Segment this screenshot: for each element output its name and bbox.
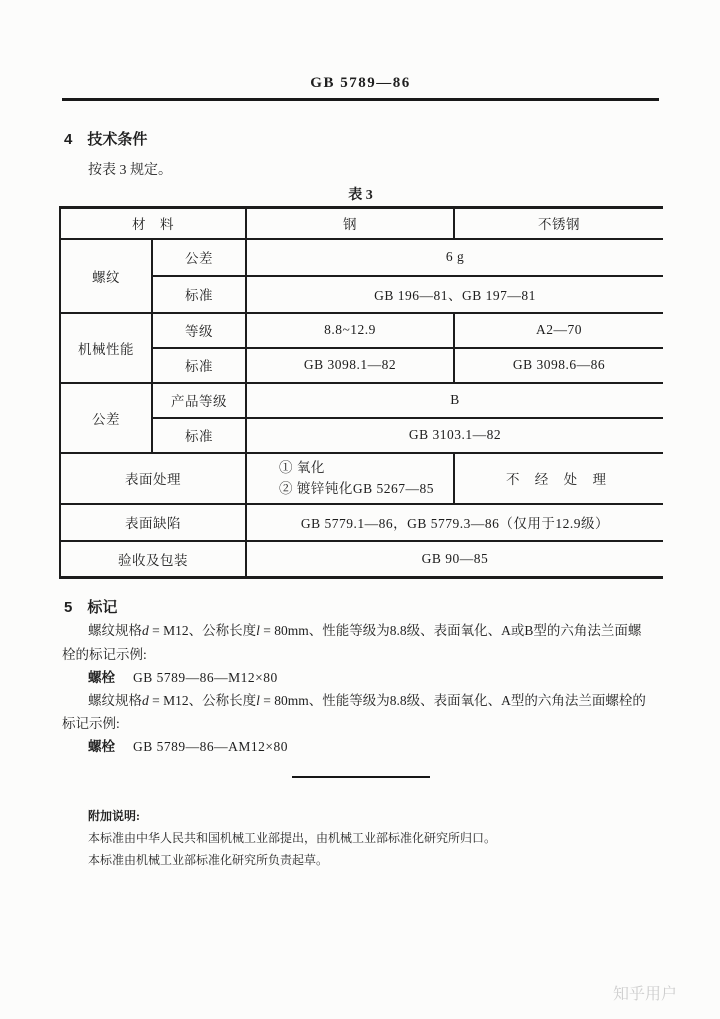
appendix-heading: 附加说明: [88,807,140,824]
example1-designation: 螺栓GB 5789—86—M12×80 [88,669,278,686]
example1-designation-label: 螺栓 [88,670,115,685]
mechanical-grade-steel: 8.8~12.9 [246,313,454,348]
surface-defects-value: GB 5779.1—86，GB 5779.3—86（仅用于12.9级） [246,504,663,541]
example1-line2: 栓的标记示例: [62,646,147,663]
product-grade-label: 产品等级 [152,383,246,418]
mechanical-label: 机械性能 [60,313,152,383]
acceptance-label: 验收及包装 [60,541,246,578]
table-row: 材 料 钢 不锈钢 [60,208,663,239]
table3-caption: 表 3 [62,184,659,204]
mechanical-standard-steel: GB 3098.1—82 [246,348,454,383]
example1-d-symbol: d [142,623,149,638]
example2-line1: 螺纹规格d = M12、公称长度l = 80mm、性能等级为8.8级、表面氧化、… [88,692,646,709]
header-stainless: 不锈钢 [454,208,663,239]
example2-designation-code: GB 5789—86—AM12×80 [133,739,288,754]
acceptance-value: GB 90—85 [246,541,663,578]
header-material: 材 料 [60,208,246,239]
tolerance-standard-label: 标准 [152,418,246,453]
table-row: 螺纹 公差 6 g [60,239,663,276]
header-steel: 钢 [246,208,454,239]
table3: 材 料 钢 不锈钢 螺纹 公差 6 g 标准 GB 196—81、GB 197—… [59,206,663,579]
tolerance-standard-value: GB 3103.1—82 [246,418,663,453]
scanned-standard-page: GB 5789—86 4 技术条件 按表 3 规定。 表 3 材 料 钢 不锈钢… [0,0,720,1019]
thread-standard-value: GB 196—81、GB 197—81 [246,276,663,313]
appendix-line1: 本标准由中华人民共和国机械工业部提出，由机械工业部标准化研究所归口。 [88,829,496,846]
surface-treatment-stainless: 不 经 处 理 [454,453,663,504]
example2-d-symbol: d [142,693,149,708]
doc-number: GB 5789—86 [62,75,659,92]
example2-designation: 螺栓GB 5789—86—AM12×80 [88,738,288,755]
section-divider-rule [292,776,430,778]
mechanical-standard-stainless: GB 3098.6—86 [454,348,663,383]
example2-line1-seg3: = 80mm、性能等级为8.8级、表面氧化、A型的六角法兰面螺栓的 [260,693,646,708]
table-row: 机械性能 等级 8.8~12.9 A2—70 [60,313,663,348]
example1-line1-seg2: = M12、公称长度 [149,623,256,638]
section4-heading: 4 技术条件 [64,128,147,149]
example2-designation-label: 螺栓 [88,739,115,754]
mechanical-standard-label: 标准 [152,348,246,383]
surface-treatment-steel: ① 氧化 ② 镀锌钝化GB 5267—85 [246,453,454,504]
table-row: 验收及包装 GB 90—85 [60,541,663,578]
thread-standard-label: 标准 [152,276,246,313]
mechanical-grade-stainless: A2—70 [454,313,663,348]
example2-line1-seg2: = M12、公称长度 [149,693,256,708]
table-row: 表面处理 ① 氧化 ② 镀锌钝化GB 5267—85 不 经 处 理 [60,453,663,504]
example2-line1-seg1: 螺纹规格 [88,693,142,708]
thread-tolerance-value: 6 g [246,239,663,276]
example1-line1-seg3: = 80mm、性能等级为8.8级、表面氧化、A或B型的六角法兰面螺 [260,623,642,638]
surface-treatment-steel-item2: ② 镀锌钝化GB 5267—85 [279,478,453,499]
tolerance-label: 公差 [60,383,152,453]
thread-tolerance-label: 公差 [152,239,246,276]
surface-treatment-steel-item1: ① 氧化 [279,457,453,478]
example1-line1-seg1: 螺纹规格 [88,623,142,638]
thread-label: 螺纹 [60,239,152,313]
table-row: 公差 产品等级 B [60,383,663,418]
appendix-line2: 本标准由机械工业部标准化研究所负责起草。 [88,851,328,868]
table-row: 表面缺陷 GB 5779.1—86，GB 5779.3—86（仅用于12.9级） [60,504,663,541]
example1-designation-code: GB 5789—86—M12×80 [133,670,278,685]
section4-body: 按表 3 规定。 [88,159,172,179]
section5-heading: 5 标记 [64,596,117,617]
surface-defects-label: 表面缺陷 [60,504,246,541]
product-grade-value: B [246,383,663,418]
mechanical-grade-label: 等级 [152,313,246,348]
surface-treatment-label: 表面处理 [60,453,246,504]
header-rule [62,98,659,101]
example1-line1: 螺纹规格d = M12、公称长度l = 80mm、性能等级为8.8级、表面氧化、… [88,622,641,639]
watermark: 知乎用户 [613,981,677,1004]
example2-line2: 标记示例: [62,715,120,732]
